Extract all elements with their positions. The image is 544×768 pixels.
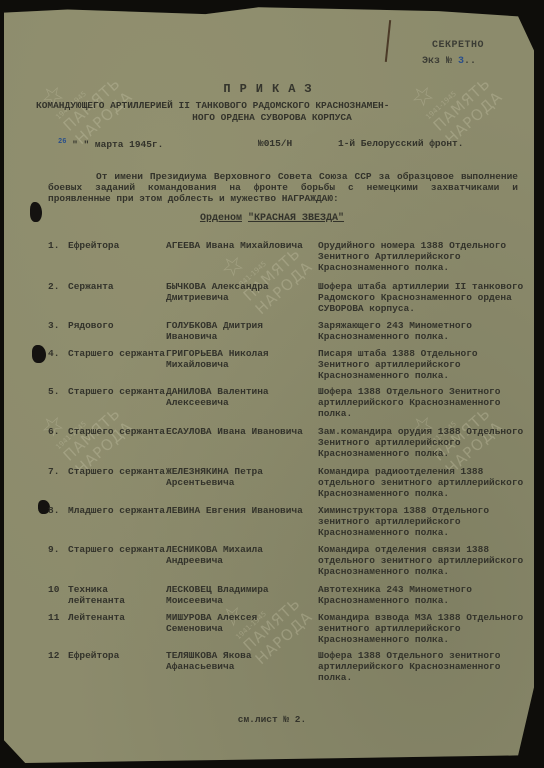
recipient-position: Командира радиоотделения 1388 отдельного… xyxy=(318,466,528,499)
recipient-index: 1. xyxy=(48,240,68,251)
recipient-position: Командира отделения связи 1388 отдельног… xyxy=(318,544,528,577)
recipient-name: АГЕЕВА Ивана Михайловича xyxy=(166,240,316,251)
document-title: ПРИКАЗ xyxy=(0,82,544,96)
recipient-name: ЖЕЛЕЗНЯКИНА Петра Арсентьевича xyxy=(166,466,316,488)
recipient-name: ДАНИЛОВА Валентина Алексеевича xyxy=(166,386,316,408)
recipient-name: БЫЧКОВА Александра Дмитриевича xyxy=(166,281,316,303)
recipient-rank: Старшего сержанта xyxy=(68,426,168,437)
recipient-index: 7. xyxy=(48,466,68,477)
continuation-note: см.лист № 2. xyxy=(0,714,544,725)
recipient-name: ЛЕСКОВЕЦ Владимира Моисеевича xyxy=(166,584,316,606)
recipient-position: Шофера 1388 Отдельного Зенитного артилле… xyxy=(318,386,528,419)
ink-blot xyxy=(32,345,46,363)
recipient-position: Химинструктора 1388 Отдельного зенитного… xyxy=(318,505,528,538)
recipient-name: ЛЕСНИКОВА Михаила Андреевича xyxy=(166,544,316,566)
recipient-rank: Лейтенанта xyxy=(68,612,168,623)
recipient-rank: Ефрейтора xyxy=(68,240,168,251)
recipient-rank: Рядового xyxy=(68,320,168,331)
issuer-line-2: НОГО ОРДЕНА СУВОРОВА КОРПУСА xyxy=(0,112,544,123)
recipient-rank: Младшего сержанта xyxy=(68,505,168,516)
preamble: От имени Президиума Верховного Совета Со… xyxy=(48,171,518,204)
recipient-name: ЕСАУЛОВА Ивана Ивановича xyxy=(166,426,316,437)
recipient-index: 11 xyxy=(48,612,68,623)
recipient-index: 8. xyxy=(48,505,68,516)
recipient-position: Писаря штаба 1388 Отдельного Зенитного а… xyxy=(318,348,528,381)
recipient-rank: Старшего сержанта xyxy=(68,386,168,397)
copy-number: Экз № 3.. xyxy=(422,56,476,67)
order-number: №015/Н xyxy=(258,138,292,149)
recipient-index: 3. xyxy=(48,320,68,331)
order-date: 26 " " марта 1945г. xyxy=(58,138,163,150)
recipient-name: МИШУРОВА Алексея Семеновича xyxy=(166,612,316,634)
recipient-position: Шофера штаба артиллерии II танкового Рад… xyxy=(318,281,528,314)
recipient-index: 6. xyxy=(48,426,68,437)
recipient-rank: Ефрейтора xyxy=(68,650,168,661)
recipient-name: ГОЛУБКОВА Дмитрия Ивановича xyxy=(166,320,316,342)
recipient-position: Шофера 1388 Отдельного зенитного артилле… xyxy=(318,650,528,683)
recipient-position: Заряжающего 243 Минометного Краснознамен… xyxy=(318,320,528,342)
recipient-position: Орудийного номера 1388 Отдельного Зенитн… xyxy=(318,240,528,273)
recipient-name: ЛЕВИНА Евгения Ивановича xyxy=(166,505,316,516)
date-day: 26 xyxy=(58,138,66,146)
award-heading: Орденом "КРАСНАЯ ЗВЕЗДА" xyxy=(0,213,544,224)
classification-stamp: СЕКРЕТНО xyxy=(432,40,484,51)
recipient-index: 5. xyxy=(48,386,68,397)
recipient-rank: Старшего сержанта xyxy=(68,544,168,555)
recipient-rank: Техника лейтенанта xyxy=(68,584,168,606)
recipient-index: 2. xyxy=(48,281,68,292)
recipient-position: Зам.командира орудия 1388 Отдельного Зен… xyxy=(318,426,528,459)
recipient-rank: Старшего сержанта xyxy=(68,466,168,477)
recipient-name: ГРИГОРЬЕВА Николая Михайловича xyxy=(166,348,316,370)
recipient-position: Автотехника 243 Минометного Краснознамен… xyxy=(318,584,528,606)
recipient-rank: Старшего сержанта xyxy=(68,348,168,359)
recipient-position: Командира взвода МЗА 1388 Отдельного зен… xyxy=(318,612,528,645)
recipient-index: 10 xyxy=(48,584,68,595)
recipient-rank: Сержанта xyxy=(68,281,168,292)
recipient-index: 12 xyxy=(48,650,68,661)
recipient-name: ТЕЛЯШКОВА Якова Афанасьевича xyxy=(166,650,316,672)
recipient-index: 9. xyxy=(48,544,68,555)
issuer-line-1: КОМАНДУЮЩЕГО АРТИЛЛЕРИЕЙ II ТАНКОВОГО РА… xyxy=(36,100,389,111)
recipient-index: 4. xyxy=(48,348,68,359)
front-name: 1-й Белорусский фронт. xyxy=(338,138,463,149)
